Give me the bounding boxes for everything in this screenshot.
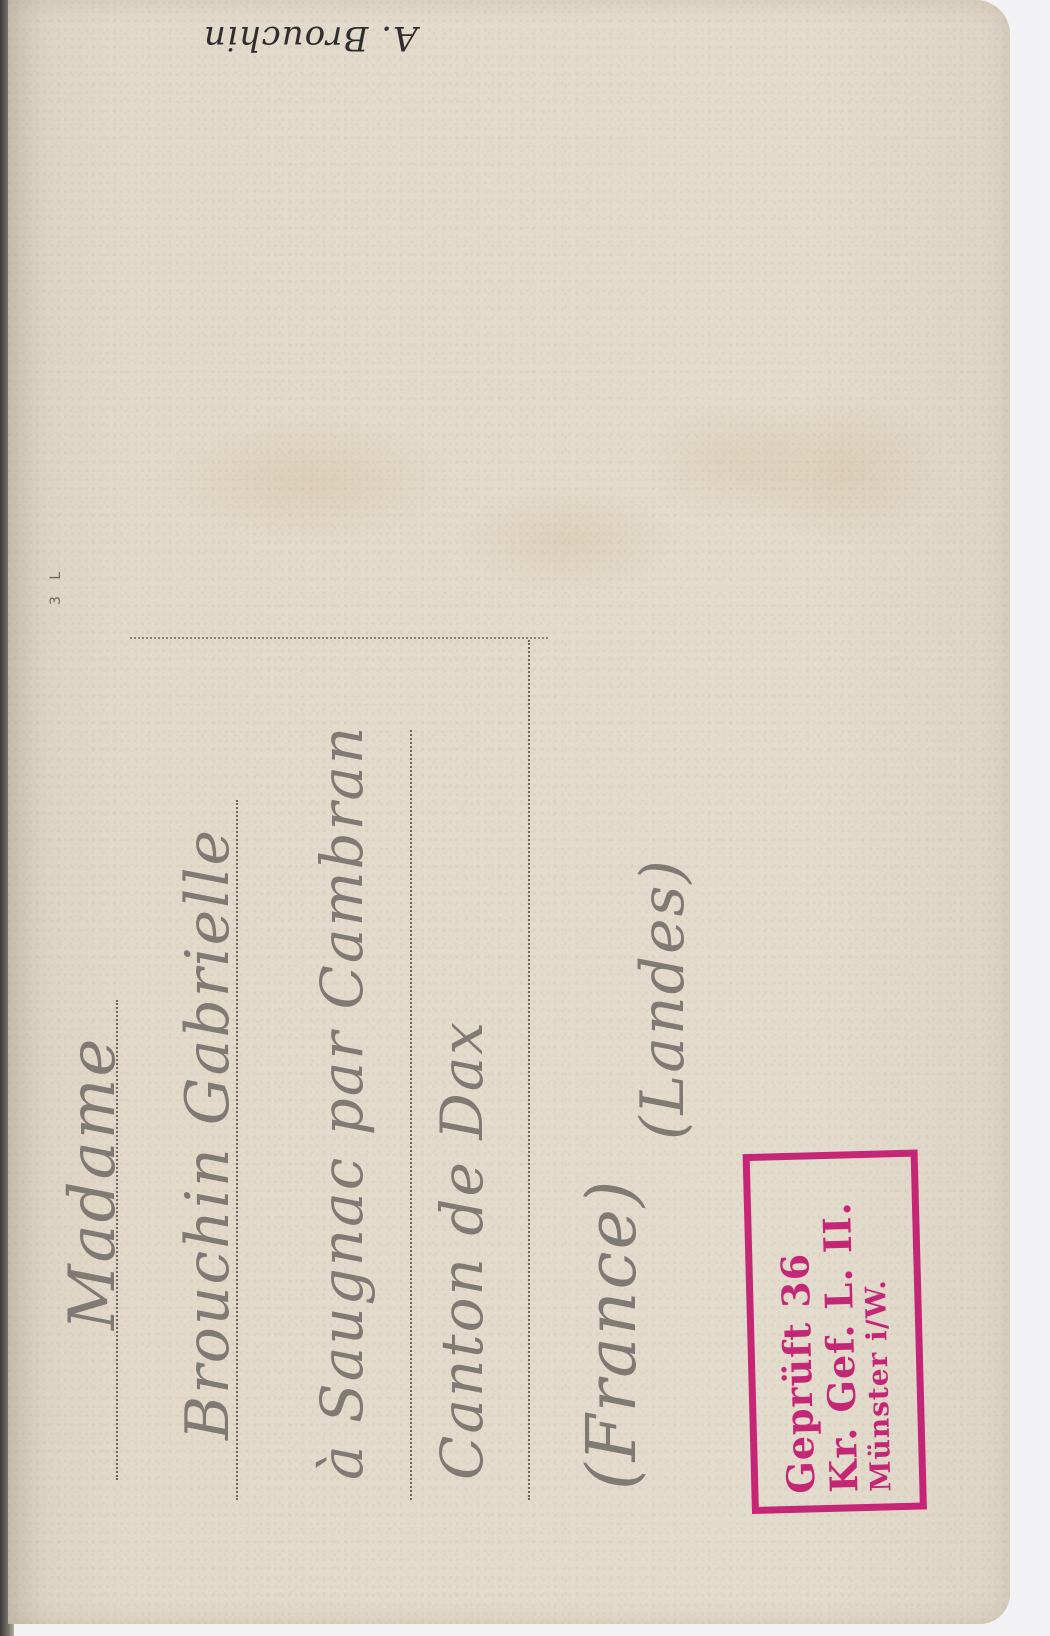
- address-town: à Saugnac par Cambran: [308, 725, 376, 1480]
- address-salutation: Madame: [56, 1037, 130, 1330]
- printed-mark: 3 L: [48, 566, 64, 605]
- dotted-divider-horizontal: [130, 637, 548, 639]
- censor-stamp: Geprüft 36 Kr. Gef. L. II. Münster i/W.: [743, 1150, 927, 1514]
- address-country: (France): [573, 1179, 652, 1490]
- address-recipient: Brouchin Gabrielle: [173, 828, 243, 1440]
- address-line-rule-3: [410, 730, 412, 1500]
- pencil-note: A. Brouchin: [203, 18, 418, 58]
- address-department: (Landes): [628, 858, 698, 1140]
- address-canton: Canton de Dax: [428, 1020, 496, 1480]
- stamp-line-3: Münster i/W.: [857, 1169, 897, 1492]
- address-line-rule-4: [528, 640, 530, 1500]
